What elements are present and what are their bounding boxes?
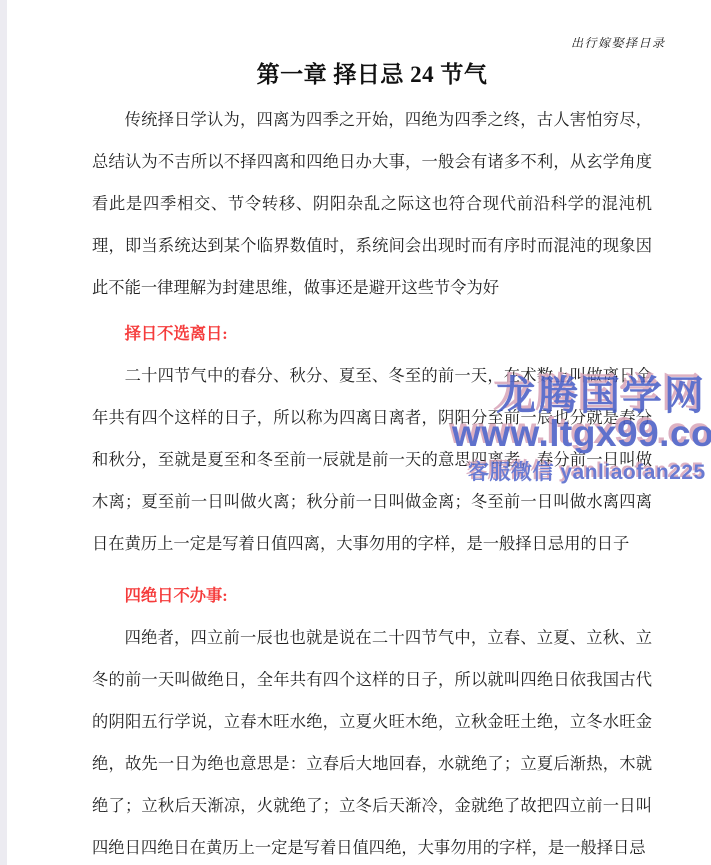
document-page: 出行嫁娶择日录 第一章 择日忌 24 节气 传统择日学认为，四离为四季之开始，四… [0,0,711,865]
section-heading-jue-day: 四绝日不办事: [92,575,652,617]
running-header: 出行嫁娶择日录 [571,34,666,51]
chapter-title: 第一章 择日忌 24 节气 [92,56,652,89]
section-heading-li-day: 择日不选离日: [92,313,652,355]
document-body: 传统择日学认为，四离为四季之开始，四绝为四季之终，古人害怕穷尽，总结认为不吉所以… [92,99,652,865]
paragraph-li-day: 二十四节气中的春分、秋分、夏至、冬至的前一天，在术数上叫做离日全年共有四个这样的… [92,355,652,565]
paragraph-jue-day: 四绝者，四立前一辰也也就是说在二十四节气中，立春、立夏、立秋、立冬的前一天叫做绝… [92,617,652,865]
paragraph-intro: 传统择日学认为，四离为四季之开始，四绝为四季之终，古人害怕穷尽，总结认为不吉所以… [92,99,652,309]
page-left-edge [0,0,7,865]
